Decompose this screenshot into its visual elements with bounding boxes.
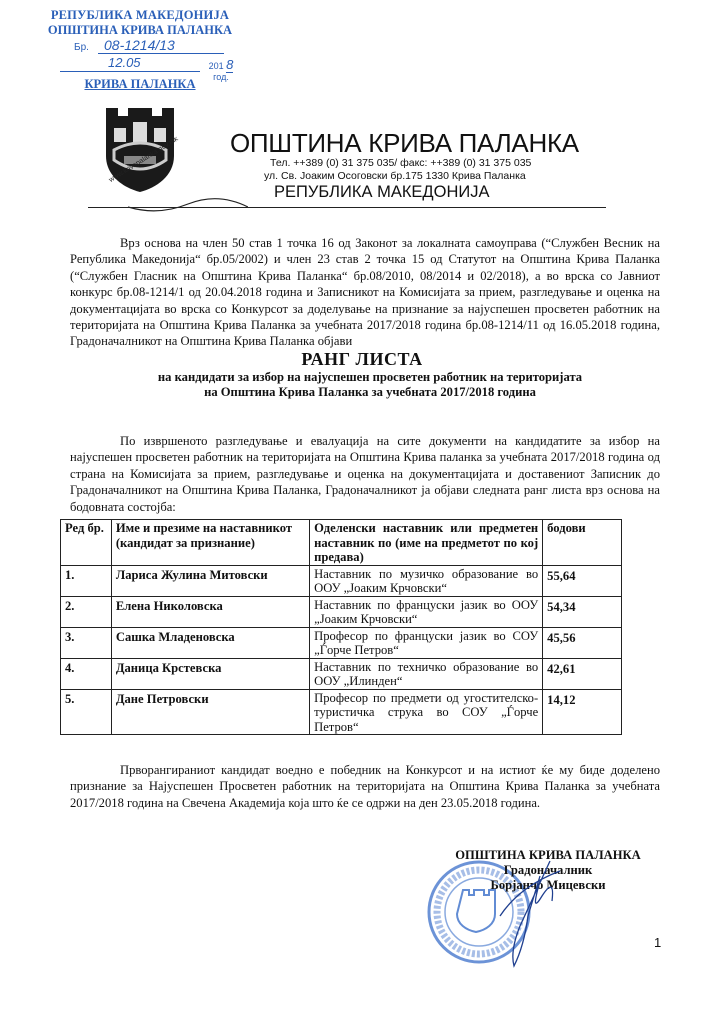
- letterhead-divider: [88, 207, 606, 208]
- row-rank: 1.: [61, 565, 112, 596]
- row-points: 45,56: [543, 627, 622, 658]
- stamp-year: 201 8 год.: [202, 57, 240, 82]
- table-row: 2. Елена Николовска Наставник по францус…: [61, 596, 622, 627]
- evaluation-paragraph: По извршеното разгледување и евалуација …: [70, 433, 660, 515]
- row-subject: Професор по предмети од угостителско-тур…: [310, 689, 543, 735]
- row-name: Дане Петровски: [111, 689, 309, 735]
- stamp-date-value: 12.05: [60, 55, 200, 72]
- header-points: бодови: [543, 520, 622, 566]
- table-row: 3. Сашка Младеновска Професор по францус…: [61, 627, 622, 658]
- handwritten-signature-icon: [480, 856, 570, 976]
- stamp-number-row: Бр. 08-1214/13: [40, 37, 240, 55]
- table-row: 4. Даница Крстевска Наставник по техничк…: [61, 658, 622, 689]
- row-points: 55,64: [543, 565, 622, 596]
- row-rank: 3.: [61, 627, 112, 658]
- row-rank: 2.: [61, 596, 112, 627]
- stamp-number-label: Бр.: [74, 42, 89, 53]
- stamp-year-prefix: 201: [209, 61, 224, 71]
- row-rank: 4.: [61, 658, 112, 689]
- row-points: 42,61: [543, 658, 622, 689]
- row-name: Даница Крстевска: [111, 658, 309, 689]
- contact-address: ул. Св. Јоаким Осоговски бр.175 1330 Кри…: [264, 170, 579, 183]
- row-name: Елена Николовска: [111, 596, 309, 627]
- stamp-republic: РЕПУБЛИКА МАКЕДОНИЈА: [40, 8, 240, 23]
- row-subject: Наставник по француски јазик во ООУ „Јоа…: [310, 596, 543, 627]
- letterhead: ОПШТИНА КРИВА ПАЛАНКА Тел. ++389 (0) 31 …: [230, 129, 579, 202]
- page-number: 1: [654, 935, 661, 950]
- header-rank: Ред бр.: [61, 520, 112, 566]
- stamp-municipality: ОПШТИНА КРИВА ПАЛАНКА: [40, 23, 240, 37]
- row-subject: Професор по француски јазик во СОУ „Ѓорч…: [310, 627, 543, 658]
- row-subject: Наставник по музичко образование во ООУ …: [310, 565, 543, 596]
- closing-paragraph: Прворангираниот кандидат воедно е победн…: [70, 762, 660, 811]
- row-rank: 5.: [61, 689, 112, 735]
- header-name: Име и презиме на наставникот (кандидат з…: [111, 520, 309, 566]
- row-points: 14,12: [543, 689, 622, 735]
- stamp-year-label: год.: [213, 72, 229, 82]
- contact-phone: Тел. ++389 (0) 31 375 035/ факс: ++389 (…: [270, 157, 579, 170]
- document-subtitle: на кандидати за избор на најуспешен прос…: [150, 370, 590, 400]
- rank-table: Ред бр. Име и презиме на наставникот (ка…: [60, 519, 622, 735]
- table-row: 1. Лариса Жулина Митовски Наставник по м…: [61, 565, 622, 596]
- stamp-date-row: 12.05 201 8 год.: [40, 55, 240, 73]
- row-subject: Наставник по техничко образование во ООУ…: [310, 658, 543, 689]
- row-points: 54,34: [543, 596, 622, 627]
- document-title: РАНГ ЛИСТА: [0, 349, 724, 370]
- row-name: Лариса Жулина Митовски: [111, 565, 309, 596]
- municipality-title: ОПШТИНА КРИВА ПАЛАНКА: [230, 129, 579, 157]
- table-row: 5. Дане Петровски Професор по предмети о…: [61, 689, 622, 735]
- intro-paragraph: Врз основа на член 50 став 1 точка 16 од…: [70, 235, 660, 350]
- header-subject: Оделенски наставник или предметен настав…: [310, 520, 543, 566]
- stamp-year-suffix: 8: [226, 57, 233, 73]
- registration-stamp: РЕПУБЛИКА МАКЕДОНИЈА ОПШТИНА КРИВА ПАЛАН…: [40, 8, 240, 92]
- stamp-number-value: 08-1214/13: [98, 37, 224, 54]
- table-header-row: Ред бр. Име и презиме на наставникот (ка…: [61, 520, 622, 566]
- country-name: РЕПУБЛИКА МАКЕДОНИЈА: [274, 183, 579, 202]
- row-name: Сашка Младеновска: [111, 627, 309, 658]
